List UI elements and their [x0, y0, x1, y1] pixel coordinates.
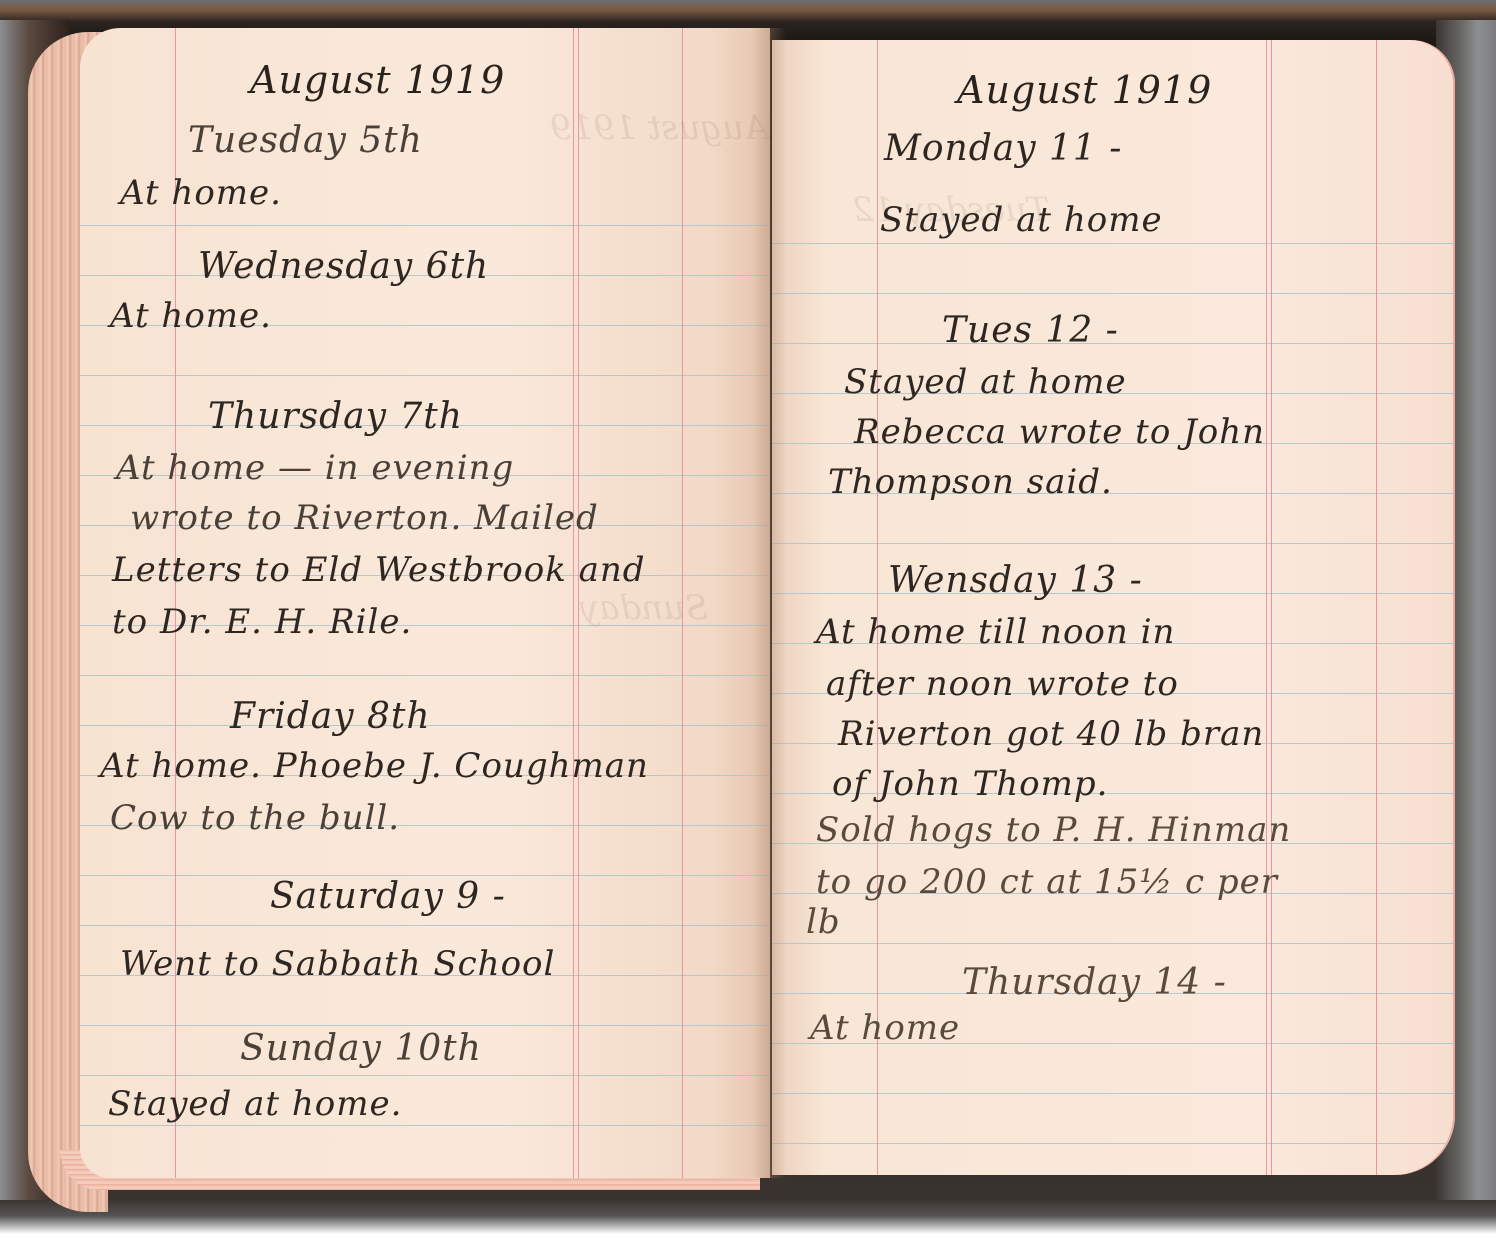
- entry-line: At home: [810, 1008, 960, 1048]
- ruled-line: [80, 375, 770, 376]
- page-heading: August 1919: [250, 58, 505, 102]
- entry-line: Sold hogs to P. H. Hinman: [816, 810, 1291, 850]
- ruled-line: [772, 1143, 1455, 1144]
- ruled-line: [772, 1093, 1455, 1094]
- entry-day: Wednesday 6th: [198, 246, 489, 287]
- left-page: August 1919 Sunday August 1919 Tuesday 5…: [80, 28, 770, 1178]
- ruled-line: [772, 543, 1455, 544]
- ruled-line: [772, 293, 1455, 294]
- entry-day: Wensday 13 -: [888, 560, 1143, 601]
- right-page: Tuesday 12 August 1919 Monday 11 - Staye…: [772, 40, 1455, 1175]
- entry-line: Rebecca wrote to John: [854, 412, 1265, 452]
- entry-day: Sunday 10th: [240, 1028, 482, 1069]
- ruled-line: [80, 225, 770, 226]
- entry-line: Stayed at home.: [108, 1084, 402, 1124]
- ruled-line: [80, 1075, 770, 1076]
- ruled-line: [772, 243, 1455, 244]
- entry-line: At home — in evening: [116, 448, 514, 488]
- entry-day: Tues 12 -: [942, 310, 1119, 351]
- entry-line: to Dr. E. H. Rile.: [112, 602, 412, 642]
- entry-line: At home.: [120, 173, 282, 213]
- column-rule: [1271, 40, 1272, 1175]
- entry-line: Riverton got 40 lb bran: [838, 714, 1264, 754]
- entry-line: after noon wrote to: [826, 664, 1179, 704]
- ruled-line: [80, 1125, 770, 1126]
- cover-edge-bottom: [0, 1200, 1496, 1240]
- entry-line: Stayed at home: [844, 362, 1127, 402]
- entry-line: of John Thomp.: [832, 764, 1108, 804]
- column-rule: [578, 28, 579, 1178]
- entry-line: At home till noon in: [816, 612, 1175, 652]
- entry-line: to go 200 ct at 15½ c per: [816, 862, 1278, 902]
- bleed-through-text: Sunday: [580, 588, 708, 628]
- entry-line: At home.: [110, 296, 272, 336]
- entry-day: Thursday 14 -: [962, 962, 1227, 1003]
- ruled-line: [80, 925, 770, 926]
- entry-line: At home. Phoebe J. Coughman: [100, 746, 649, 786]
- entry-line: lb: [806, 902, 841, 942]
- entry-line: Stayed at home: [880, 200, 1163, 240]
- entry-line: Went to Sabbath School: [120, 944, 555, 984]
- column-rule: [1376, 40, 1377, 1175]
- page-heading: August 1919: [957, 68, 1212, 112]
- column-rule: [1266, 40, 1267, 1175]
- entry-day: Friday 8th: [230, 696, 431, 737]
- ruled-line: [772, 943, 1455, 944]
- bleed-through-text: August 1919: [550, 108, 769, 148]
- entry-day: Tuesday 5th: [188, 120, 423, 161]
- ruled-line: [80, 675, 770, 676]
- entry-day: Thursday 7th: [208, 396, 463, 437]
- entry-day: Saturday 9 -: [270, 876, 506, 917]
- entry-line: Letters to Eld Westbrook and: [112, 550, 646, 590]
- entry-day: Monday 11 -: [884, 128, 1122, 169]
- entry-line: Cow to the bull.: [110, 798, 400, 838]
- column-rule: [573, 28, 574, 1178]
- ruled-line: [80, 1025, 770, 1026]
- entry-line: Thompson said.: [828, 462, 1113, 502]
- entry-line: wrote to Riverton. Mailed: [130, 498, 599, 538]
